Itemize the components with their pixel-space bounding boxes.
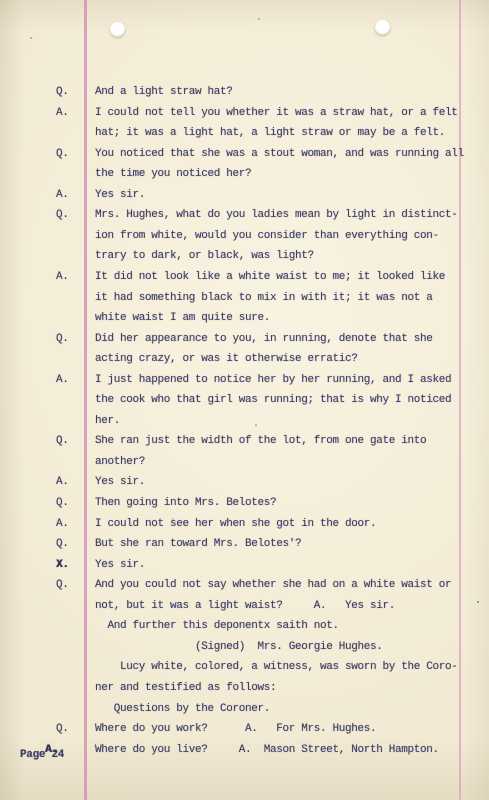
speaker-label: Q. (56, 537, 69, 551)
transcript-line: her. (0, 414, 489, 429)
speaker-label: Q. (56, 434, 69, 448)
transcript-text: (Signed) Mrs. Georgie Hughes. (95, 640, 383, 654)
speaker-label: A. (56, 475, 69, 489)
transcript-line: acting crazy, or was it otherwise errati… (0, 352, 489, 367)
transcript-line: Q.And you could not say whether she had … (0, 578, 489, 593)
transcript-text: acting crazy, or was it otherwise errati… (95, 352, 358, 366)
speaker-label: A. (56, 517, 69, 531)
transcript: Q.And a light straw hat?A.I could not te… (0, 0, 489, 800)
transcript-text: Mrs. Hughes, what do you ladies mean by … (95, 208, 458, 222)
transcript-text: white waist I am quite sure. (95, 311, 270, 325)
transcript-line: not, but it was a light waist? A. Yes si… (0, 599, 489, 614)
transcript-line: hat; it was a light hat, a light straw o… (0, 126, 489, 141)
speaker-label: Q. (56, 208, 69, 222)
transcript-line: A.It did not look like a white waist to … (0, 270, 489, 285)
transcript-line: A.Yes sir. (0, 188, 489, 203)
transcript-line: Q.Then going into Mrs. Belotes? (0, 496, 489, 511)
transcript-text: Where do you work? A. For Mrs. Hughes. (95, 722, 376, 736)
transcript-line: (Signed) Mrs. Georgie Hughes. (0, 640, 489, 655)
transcript-line: ion from white, would you consider than … (0, 229, 489, 244)
transcript-text: trary to dark, or black, was light? (95, 249, 314, 263)
transcript-line: And further this deponentx saith not. (0, 619, 489, 634)
transcript-text: It did not look like a white waist to me… (95, 270, 445, 284)
page-number: Page 24 (20, 748, 64, 762)
transcript-text: the time you noticed her? (95, 167, 251, 181)
transcript-text: You noticed that she was a stout woman, … (95, 147, 464, 161)
speaker-label: Q. (56, 496, 69, 510)
transcript-text: Yes sir. (95, 558, 145, 572)
transcript-line: A.I just happened to notice her by her r… (0, 373, 489, 388)
speaker-label: X. (56, 558, 69, 572)
transcript-text: I could not tell you whether it was a st… (95, 106, 458, 120)
transcript-text: ion from white, would you consider than … (95, 229, 439, 243)
transcript-text: Did her appearance to you, in running, d… (95, 332, 433, 346)
transcript-text: her. (95, 414, 120, 428)
transcript-text: And you could not say whether she had on… (95, 578, 451, 592)
transcript-text: And a light straw hat? (95, 85, 233, 99)
transcript-line: Q.But she ran toward Mrs. Belotes'? (0, 537, 489, 552)
transcript-line: ner and testified as follows: (0, 681, 489, 696)
transcript-line: X.Yes sir. (0, 558, 489, 573)
transcript-line: Questions by the Coroner. (0, 702, 489, 717)
transcript-line: Q.She ran just the width of the lot, fro… (0, 434, 489, 449)
transcript-text: hat; it was a light hat, a light straw o… (95, 126, 445, 140)
transcript-text: the cook who that girl was running; that… (95, 393, 451, 407)
transcript-text: But she ran toward Mrs. Belotes'? (95, 537, 301, 551)
transcript-line: trary to dark, or black, was light? (0, 249, 489, 264)
transcript-line: Lucy white, colored, a witness, was swor… (0, 660, 489, 675)
transcript-text: Where do you live? A. Mason Street, Nort… (95, 743, 439, 757)
transcript-text: Then going into Mrs. Belotes? (95, 496, 276, 510)
transcript-line: Q.Where do you work? A. For Mrs. Hughes. (0, 722, 489, 737)
transcript-line: A.Yes sir. (0, 475, 489, 490)
transcript-line: white waist I am quite sure. (0, 311, 489, 326)
speaker-label: Q. (56, 147, 69, 161)
speaker-label: Q. (56, 85, 69, 99)
transcript-line: the cook who that girl was running; that… (0, 393, 489, 408)
transcript-line: A.I could not tell you whether it was a … (0, 106, 489, 121)
speaker-label: A. (56, 106, 69, 120)
transcript-text: ner and testified as follows: (95, 681, 276, 695)
transcript-line: Q.You noticed that she was a stout woman… (0, 147, 489, 162)
transcript-text: And further this deponentx saith not. (95, 619, 339, 633)
transcript-text: another? (95, 455, 145, 469)
speaker-label: A. (56, 188, 69, 202)
transcript-line: Q.Mrs. Hughes, what do you ladies mean b… (0, 208, 489, 223)
speaker-label: A. (56, 270, 69, 284)
transcript-line: the time you noticed her? (0, 167, 489, 182)
transcript-line: Q.And a light straw hat? (0, 85, 489, 100)
transcript-text: it had something black to mix in with it… (95, 291, 433, 305)
transcript-text: I just happened to notice her by her run… (95, 373, 451, 387)
transcript-text: Yes sir. (95, 475, 145, 489)
speaker-label: Q. (56, 332, 69, 346)
speaker-label: Q. (56, 722, 69, 736)
transcript-text: not, but it was a light waist? A. Yes si… (95, 599, 395, 613)
transcript-line: another? (0, 455, 489, 470)
transcript-line: A.Where do you live? A. Mason Street, No… (0, 743, 489, 758)
transcript-line: Q.Did her appearance to you, in running,… (0, 332, 489, 347)
speaker-label: A. (56, 373, 69, 387)
transcript-line: A.I could not see her when she got in th… (0, 517, 489, 532)
transcript-text: Questions by the Coroner. (95, 702, 270, 716)
transcript-line: it had something black to mix in with it… (0, 291, 489, 306)
transcript-text: Lucy white, colored, a witness, was swor… (95, 660, 458, 674)
transcript-text: I could not see her when she got in the … (95, 517, 376, 531)
transcript-text: She ran just the width of the lot, from … (95, 434, 426, 448)
speaker-label: Q. (56, 578, 69, 592)
transcript-text: Yes sir. (95, 188, 145, 202)
